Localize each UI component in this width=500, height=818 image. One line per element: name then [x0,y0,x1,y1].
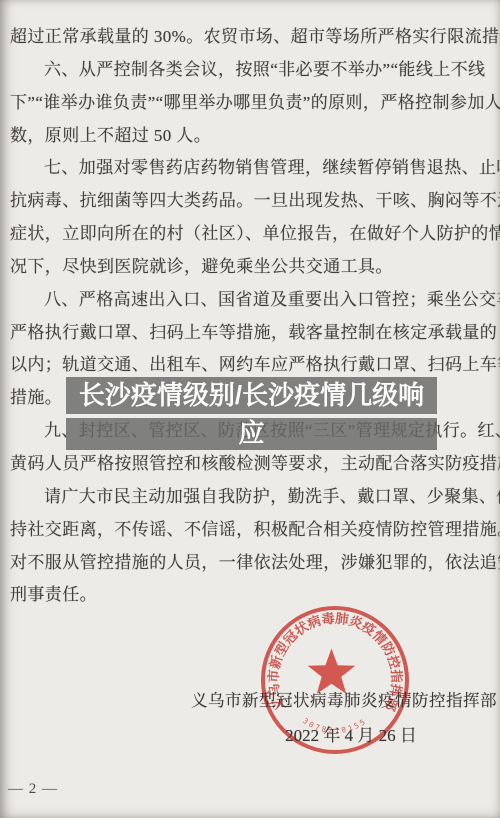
document-line: 持社交距离，不传谣、不信谣，积极配合相关疫情防控管理措施。 [10,514,494,547]
document-line: 六、从严控制各类会议，按照“非必要不举办”“能线上不线 [10,54,494,87]
scanned-document-page: 超过正常承载量的 30%。农贸市场、超市等场所严格实行限流措施。 六、从严控制各… [0,0,500,818]
page-number: — 2 — [8,781,58,798]
document-line: 数，原则上不超过 50 人。 [10,120,494,153]
document-line: 对不服从管控措施的人员，一律依法处理，涉嫌犯罪的，依法追究 [10,547,494,580]
document-line: 请广大市民主动加强自我防护，勤洗手、戴口罩、少聚集、保 [10,481,494,514]
issuing-authority-signature: 义乌市新型冠状病毒肺炎疫情防控指挥部 [191,687,489,711]
document-line: 下”“谁举办谁负责”“哪里举办哪里负责”的原则，严格控制参加人 [10,87,494,120]
document-body-text: 超过正常承载量的 30%。农贸市场、超市等场所严格实行限流措施。 六、从严控制各… [10,21,494,612]
document-line: 刑事责任。 [10,579,494,612]
document-line: 严格执行戴口罩、扫码上车等措施，载客量控制在核定承载量的 50% [10,317,494,350]
document-line: 黄码人员严格按照管控和核酸检测等要求，主动配合落实防疫措施。 [10,448,494,481]
document-line: 八、严格高速出入口、国省道及重要出入口管控；乘坐公交车 [10,284,494,317]
document-line: 抗病毒、抗细菌等四大类药品。一旦出现发热、干咳、胸闷等不适 [10,185,494,218]
document-line: 七、加强对零售药店药物销售管理，继续暂停销售退热、止咳、 [10,152,494,185]
document-line: 况下，尽快到医院就诊，避免乘坐公共交通工具。 [10,251,494,284]
document-date: 2022 年 4 月 26 日 [270,721,432,746]
document-line: 症状，立即向所在的村（社区）、单位报告，在做好个人防护的情 [10,218,494,251]
overlay-title-line1: 长沙疫情级别/长沙疫情几级响 [66,377,437,414]
document-line: 超过正常承载量的 30%。农贸市场、超市等场所严格实行限流措施。 [10,21,494,54]
overlay-title-line2: 应 [66,418,437,450]
